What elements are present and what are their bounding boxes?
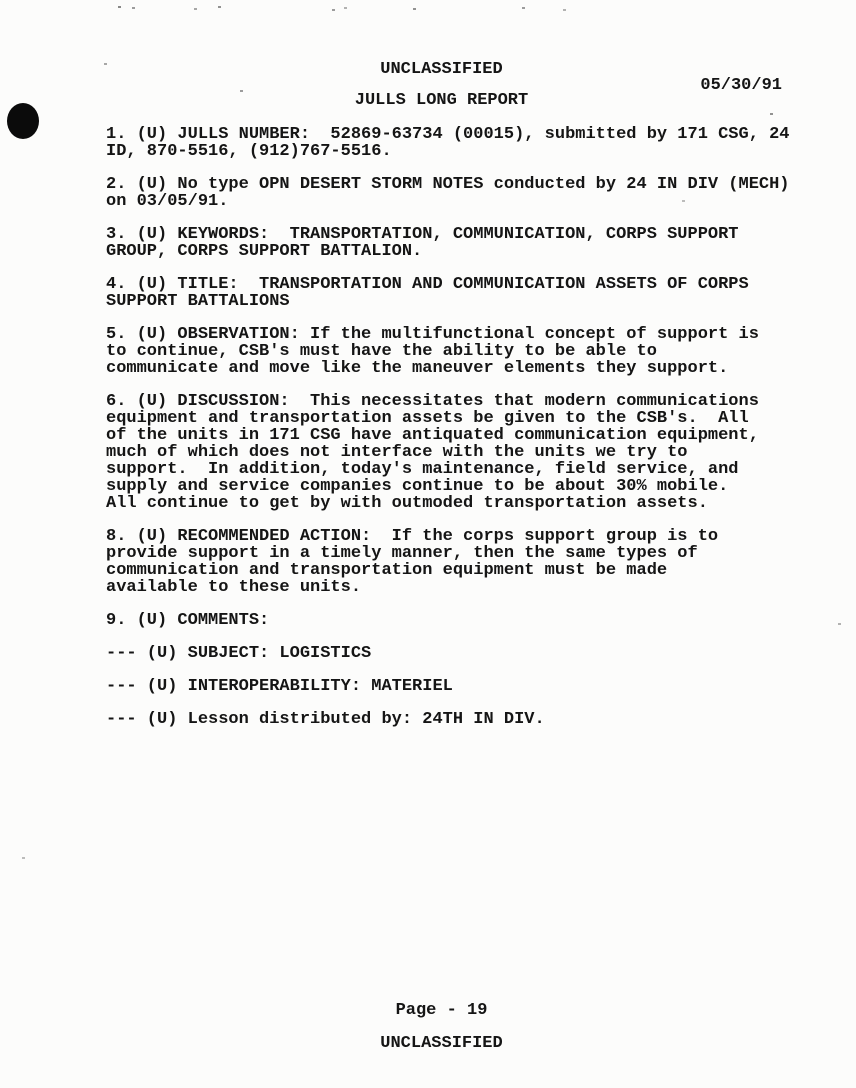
- paragraph-observation: 5. (U) OBSERVATION: If the multifunction…: [106, 326, 806, 377]
- paragraph-discussion: 6. (U) DISCUSSION: This necessitates tha…: [106, 393, 806, 512]
- comment-line-distribution: --- (U) Lesson distributed by: 24TH IN D…: [106, 711, 806, 728]
- document-body: 1. (U) JULLS NUMBER: 52869-63734 (00015)…: [106, 126, 806, 744]
- classification-header: UNCLASSIFIED: [100, 61, 783, 78]
- paragraph-julls-number: 1. (U) JULLS NUMBER: 52869-63734 (00015)…: [106, 126, 806, 160]
- report-title: JULLS LONG REPORT: [100, 92, 783, 109]
- scan-noise-speckles: [118, 6, 121, 8]
- page-number: Page - 19: [100, 1002, 783, 1019]
- paragraph-keywords: 3. (U) KEYWORDS: TRANSPORTATION, COMMUNI…: [106, 226, 806, 260]
- paragraph-comments: 9. (U) COMMENTS:: [106, 612, 806, 629]
- document-page: UNCLASSIFIED 05/30/91 JULLS LONG REPORT …: [0, 0, 856, 1088]
- comment-line-subject: --- (U) SUBJECT: LOGISTICS: [106, 645, 806, 662]
- comment-line-interoperability: --- (U) INTEROPERABILITY: MATERIEL: [106, 678, 806, 695]
- hole-punch-mark: [7, 103, 39, 139]
- paragraph-recommended-action: 8. (U) RECOMMENDED ACTION: If the corps …: [106, 528, 806, 596]
- classification-footer: UNCLASSIFIED: [100, 1035, 783, 1052]
- paragraph-title: 4. (U) TITLE: TRANSPORTATION AND COMMUNI…: [106, 276, 806, 310]
- paragraph-opn-notes: 2. (U) No type OPN DESERT STORM NOTES co…: [106, 176, 806, 210]
